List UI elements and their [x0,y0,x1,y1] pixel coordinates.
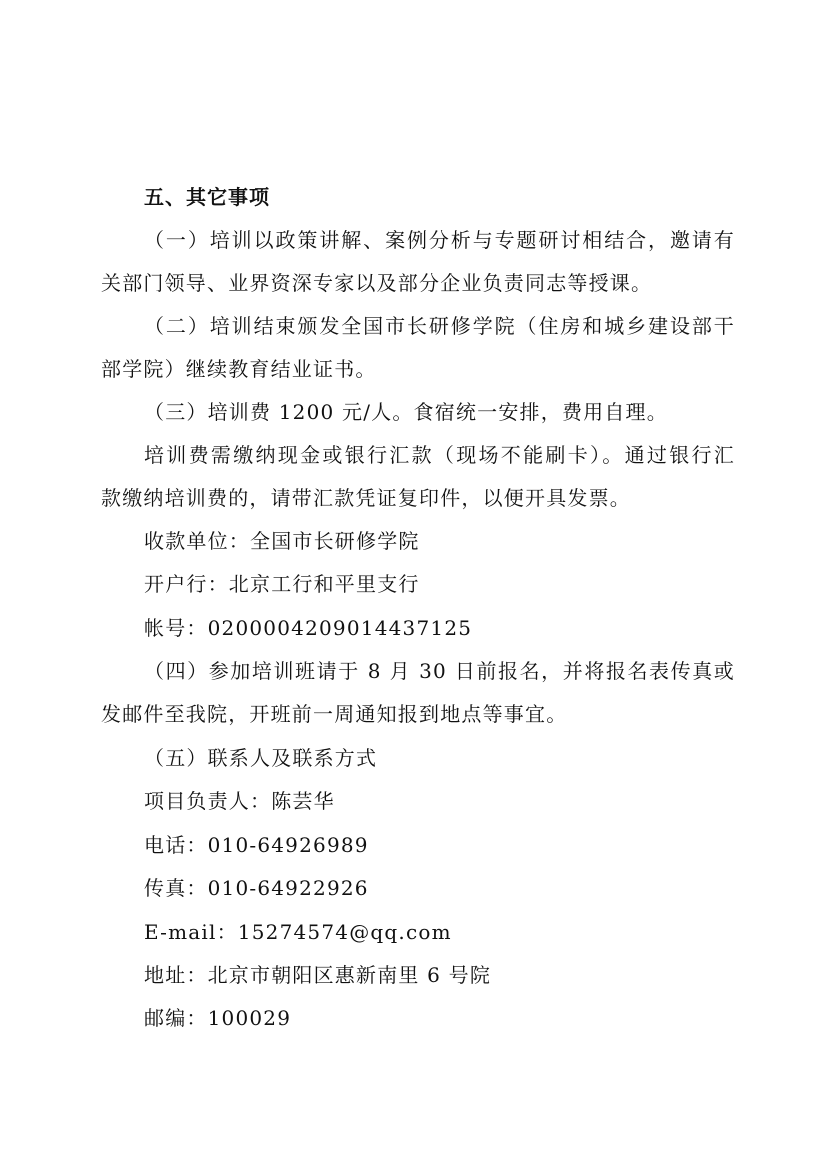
item2-line1: （二）培训结束颁发全国市长研修学院（住房和城乡建设部干 [144,314,735,338]
section-heading: 五、其它事项 [144,185,784,209]
payment-note-line1: 培训费需缴纳现金或银行汇款（现场不能刷卡）。通过银行汇 [144,443,735,467]
item1-line1: （一）培训以政策讲解、案例分析与专题研讨相结合，邀请有 [144,228,735,252]
item4-line2: 发邮件至我院，开班前一周通知报到地点等事宜。 [101,702,741,726]
contact-postcode: 邮编：100029 [144,1006,784,1030]
payment-note-line2: 款缴纳培训费的，请带汇款凭证复印件，以便开具发票。 [101,486,741,510]
item1-line2: 关部门领导、业界资深专家以及部分企业负责同志等授课。 [101,271,741,295]
contact-fax: 传真：010-64922926 [144,876,784,900]
bank-payee: 收款单位：全国市长研修学院 [144,529,784,553]
item4-line1: （四）参加培训班请于 8 月 30 日前报名，并将报名表传真或 [144,659,735,683]
bank-name: 开户行：北京工行和平里支行 [144,572,784,596]
bank-account: 帐号：0200004209014437125 [144,616,784,640]
contact-person: 项目负责人：陈芸华 [144,789,784,813]
contact-address: 地址：北京市朝阳区惠新南里 6 号院 [144,963,784,987]
contact-email: E-mail：15274574@qq.com [144,920,784,944]
contact-phone: 电话：010-64926989 [144,833,784,857]
item3-line1: （三）培训费 1200 元/人。食宿统一安排，费用自理。 [144,400,784,424]
item2-line2: 部学院）继续教育结业证书。 [101,357,741,381]
document-page: 五、其它事项 （一）培训以政策讲解、案例分析与专题研讨相结合，邀请有 关部门领导… [0,0,826,1169]
item5-title: （五）联系人及联系方式 [144,746,784,770]
